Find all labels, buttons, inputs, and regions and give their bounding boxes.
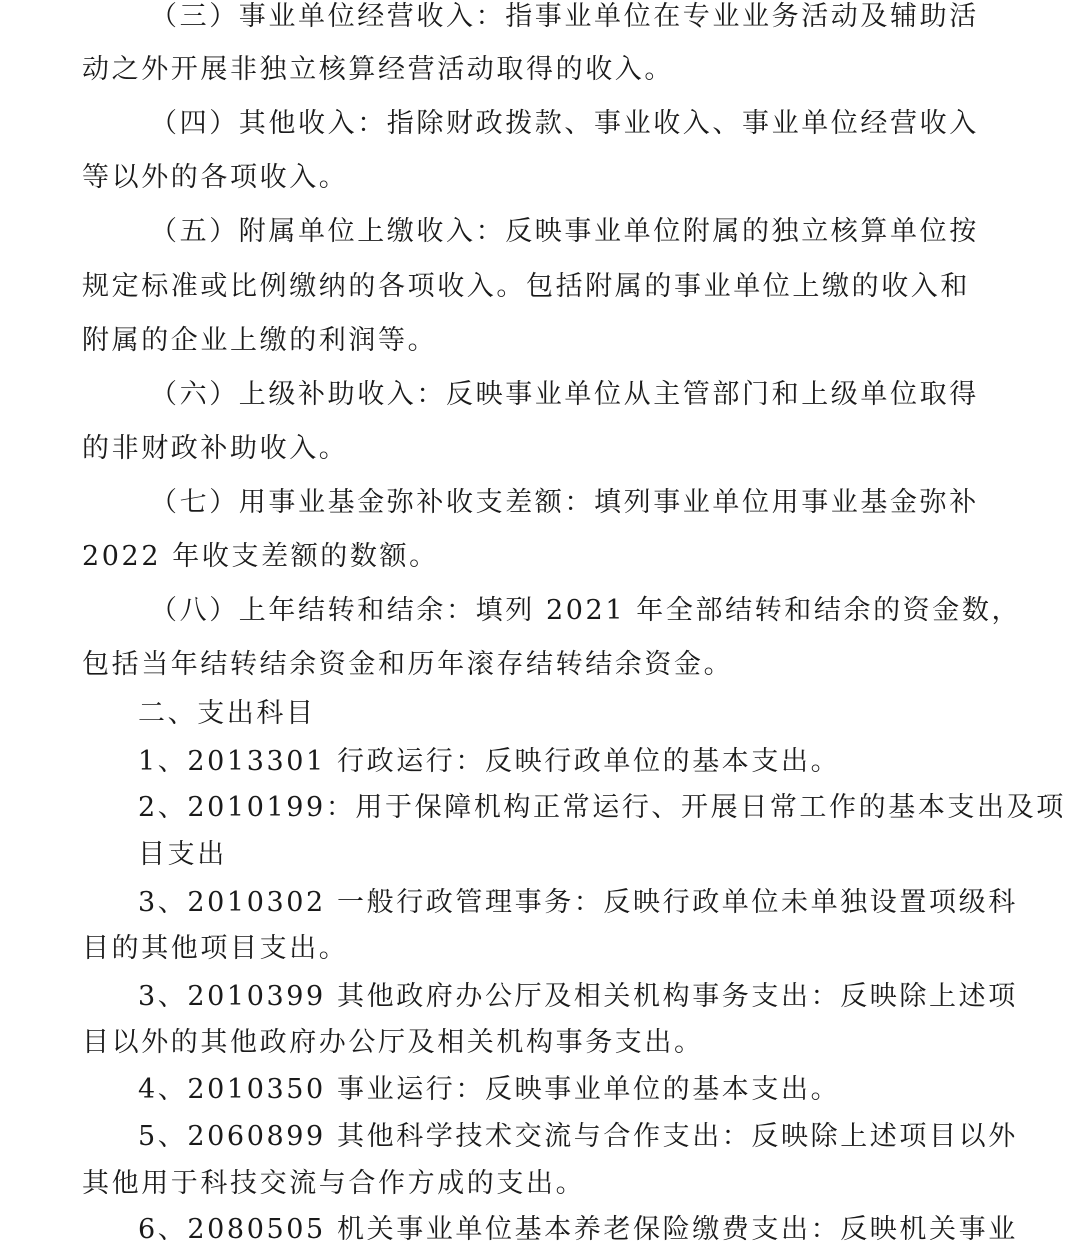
item-2060899-line-1: 5、2060899 其他科学技术交流与合作支出：反映除上述项目以外 (138, 1120, 956, 1154)
item-2080505-line-1: 6、2080505 机关事业单位基本养老保险缴费支出：反映机关事业 (138, 1213, 956, 1247)
paragraph-superior-subsidy-line-1: （六）上级补助收入：反映事业单位从主管部门和上级单位取得 (150, 378, 956, 412)
item-2010302-line-2: 目的其他项目支出。 (82, 932, 962, 966)
item-2010399-line-1: 3、2010399 其他政府办公厅及相关机构事务支出：反映除上述项 (138, 980, 956, 1014)
paragraph-fund-offset-line-2: 2022 年收支差额的数额。 (82, 540, 962, 574)
item-2010350: 4、2010350 事业运行：反映事业单位的基本支出。 (138, 1073, 1018, 1107)
paragraph-operating-income-line-2: 动之外开展非独立核算经营活动取得的收入。 (82, 53, 962, 87)
paragraph-superior-subsidy-line-2: 的非财政补助收入。 (82, 432, 962, 466)
item-2010399-line-2: 目以外的其他政府办公厅及相关机构事务支出。 (82, 1026, 962, 1060)
section-heading-expenditure: 二、支出科目 (138, 697, 1018, 731)
paragraph-carryover-line-1: （八）上年结转和结余：填列 2021 年全部结转和结余的资金数， (150, 594, 956, 628)
item-2013301: 1、2013301 行政运行：反映行政单位的基本支出。 (138, 745, 1018, 779)
paragraph-affiliate-income-line-3: 附属的企业上缴的利润等。 (82, 324, 962, 358)
paragraph-affiliate-income-line-2: 规定标准或比例缴纳的各项收入。包括附属的事业单位上缴的收入和 (82, 270, 956, 304)
document-page: （三）事业单位经营收入：指事业单位在专业业务活动及辅助活 动之外开展非独立核算经… (0, 0, 1074, 1254)
item-2010199-line-2: 目支出 (138, 838, 1018, 872)
paragraph-other-income-line-2: 等以外的各项收入。 (82, 161, 962, 195)
paragraph-fund-offset-line-1: （七）用事业基金弥补收支差额：填列事业单位用事业基金弥补 (150, 486, 956, 520)
paragraph-other-income-line-1: （四）其他收入：指除财政拨款、事业收入、事业单位经营收入 (150, 107, 956, 141)
item-2010302-line-1: 3、2010302 一般行政管理事务：反映行政单位未单独设置项级科 (138, 886, 956, 920)
item-2010199-line-1: 2、2010199：用于保障机构正常运行、开展日常工作的基本支出及项 (138, 791, 956, 825)
item-2060899-line-2: 其他用于科技交流与合作方成的支出。 (82, 1167, 962, 1201)
paragraph-operating-income-line-1: （三）事业单位经营收入：指事业单位在专业业务活动及辅助活 (150, 0, 956, 34)
paragraph-carryover-line-2: 包括当年结转结余资金和历年滚存结转结余资金。 (82, 648, 962, 682)
paragraph-affiliate-income-line-1: （五）附属单位上缴收入：反映事业单位附属的独立核算单位按 (150, 215, 956, 249)
